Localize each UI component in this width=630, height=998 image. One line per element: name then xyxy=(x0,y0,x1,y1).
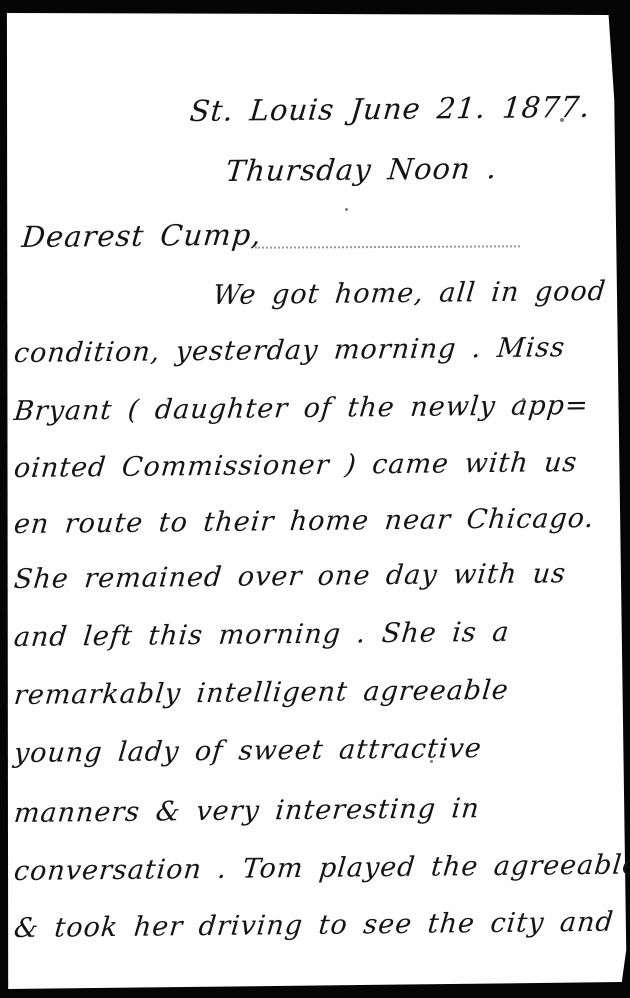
scan-speck xyxy=(345,208,348,211)
letter-body-line: We got home, all in good xyxy=(212,276,608,311)
scanned-letter-frame: St. Louis June 21. 1877. Thursday Noon .… xyxy=(0,0,630,998)
letter-body-line: condition, yesterday morning . Miss xyxy=(13,332,567,369)
scan-speck xyxy=(522,398,525,401)
letter-body-line: She remained over one day with us xyxy=(13,558,568,595)
letter-body-line: Bryant ( daughter of the newly app= xyxy=(13,390,591,427)
letter-time-line: Thursday Noon . xyxy=(224,151,499,188)
letter-body-line: & took her driving to see the city and xyxy=(13,907,616,944)
letter-body-line: manners & very interesting in xyxy=(13,793,482,829)
letter-salutation: Dearest Cump, xyxy=(20,217,263,254)
scan-speck xyxy=(430,760,433,763)
letter-body-line: ointed Commissioner ) came with us xyxy=(13,447,579,484)
scan-speck xyxy=(560,118,564,122)
letter-body-line: and left this morning . She is a xyxy=(13,617,511,653)
letter-dateline: St. Louis June 21. 1877. xyxy=(188,90,592,128)
letter-body-line: remarkably intelligent agreeable xyxy=(13,675,511,711)
letter-body-line: en route to their home near Chicago. xyxy=(13,503,596,540)
letter-paper xyxy=(0,0,630,998)
letter-body-line: conversation . Tom played the agreeable xyxy=(13,849,630,887)
letter-body-line: young lady of sweet attractive xyxy=(13,733,484,769)
